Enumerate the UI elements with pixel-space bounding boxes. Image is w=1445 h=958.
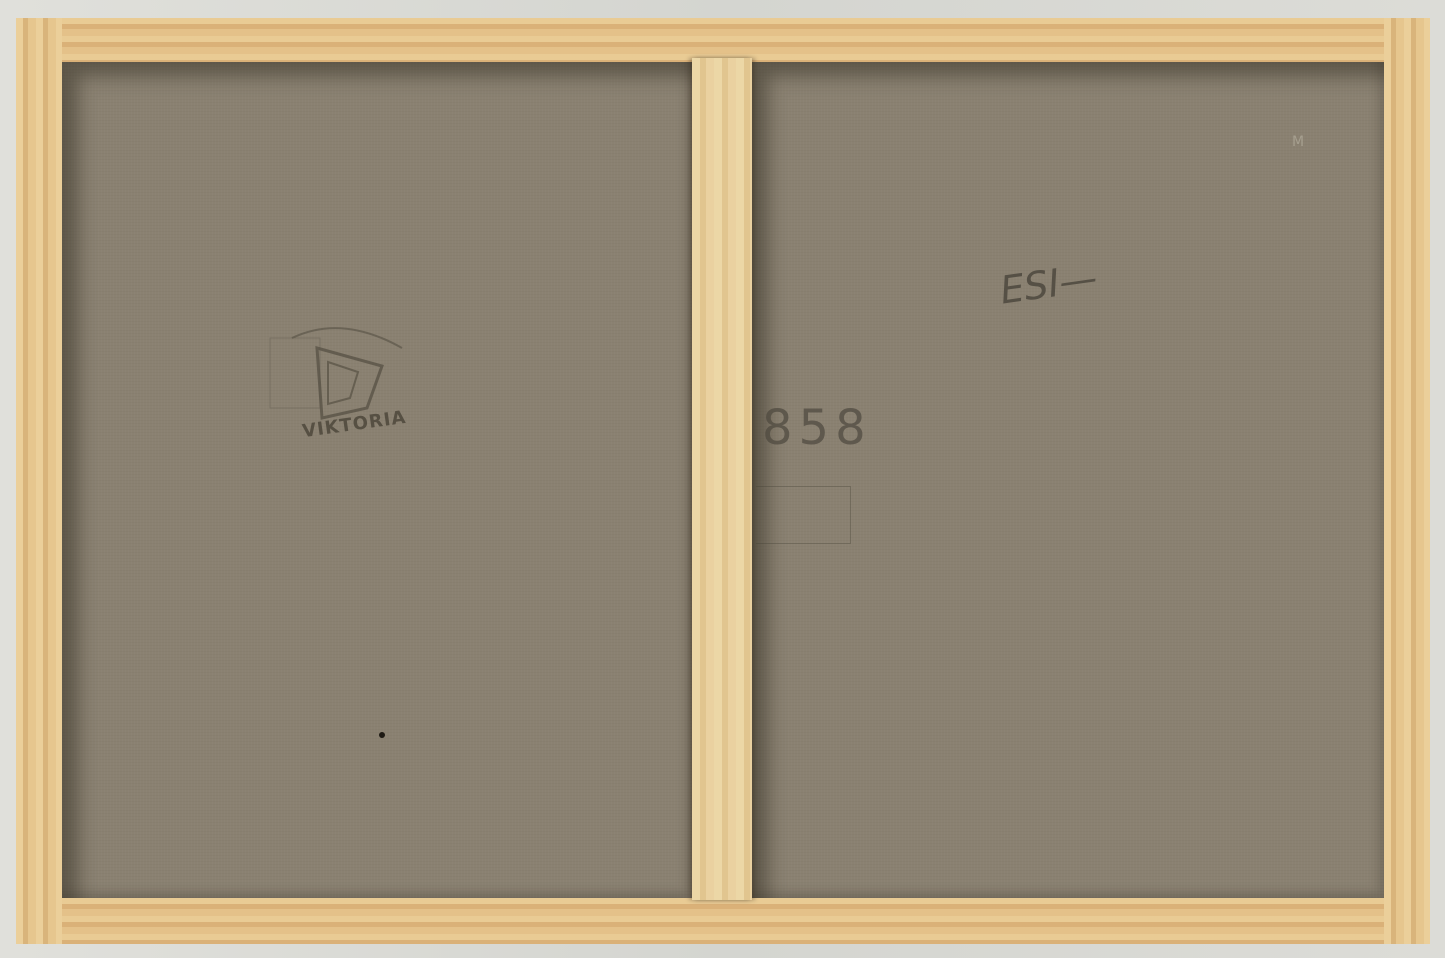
faint-mark: M <box>1292 134 1304 150</box>
maker-stamp: VIKTORIA <box>262 318 422 442</box>
stretcher-bar-right <box>1384 18 1430 944</box>
canvas-panel-right <box>752 62 1384 898</box>
label-outline <box>756 486 851 544</box>
stretcher-bar-top <box>16 18 1430 62</box>
canvas-panel-left <box>62 62 692 898</box>
stretcher-crossbar <box>692 58 752 900</box>
ink-dot <box>379 732 385 738</box>
stretcher-bar-bottom <box>16 898 1430 944</box>
stretcher-bar-left <box>16 18 62 944</box>
inventory-number: 858 <box>762 400 872 456</box>
